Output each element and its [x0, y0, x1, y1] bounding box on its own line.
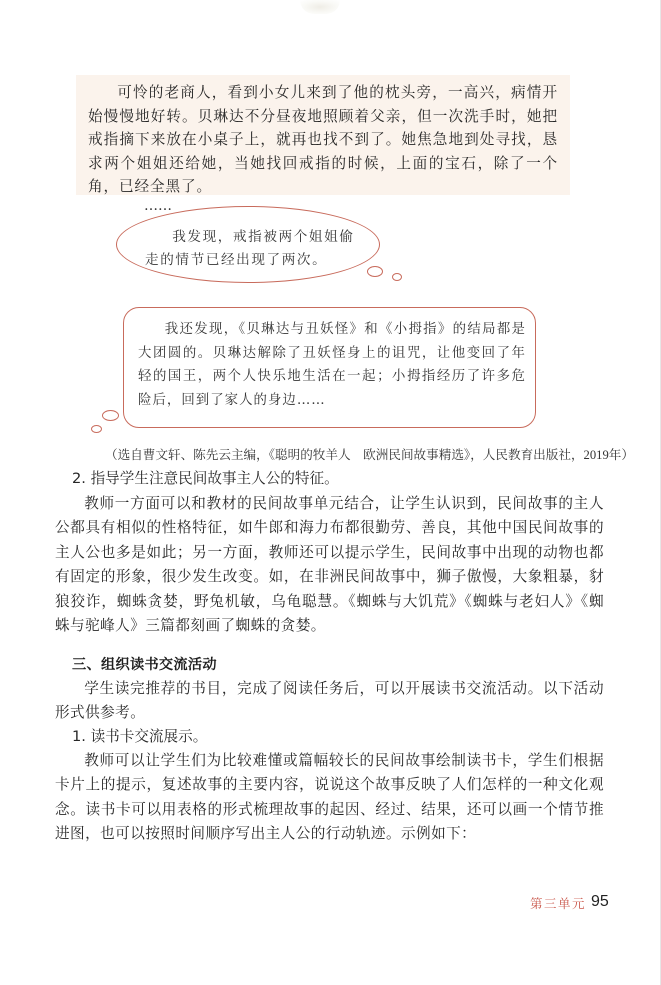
footer-unit-label: 第三单元	[530, 896, 586, 912]
page-number: 95	[591, 892, 609, 912]
thought-dot-large	[367, 266, 383, 277]
thought-dot-small	[392, 273, 402, 281]
section2-paragraph: 教师一方面可以和教材的民间故事单元结合，让学生认识到，民间故事的主人公都具有相似…	[55, 492, 604, 638]
excerpt-paragraph: 可怜的老商人，看到小女儿来到了他的枕头旁，一高兴，病情开始慢慢地好转。贝琳达不分…	[88, 81, 558, 199]
thought-dot-large	[102, 410, 119, 421]
thought-bubble-2-text: 我还发现，《贝琳达与丑妖怪》和《小拇指》的结局都是大团圆的。贝琳达解除了丑妖怪身…	[138, 318, 526, 412]
excerpt-ellipsis: ……	[88, 199, 558, 213]
section3-heading: 三、组织读书交流活动	[72, 654, 217, 676]
source-caption: （选自曹文轩、陈先云主编，《聪明的牧羊人 欧洲民间故事精选》，人民教育出版社，2…	[105, 446, 634, 464]
item1-paragraph: 教师可以让学生们为比较难懂或篇幅较长的民间故事绘制读书卡，学生们根据卡片上的提示…	[55, 749, 604, 847]
item1-title: 1. 读书卡交流展示。	[72, 725, 207, 749]
section2-title: 2. 指导学生注意民间故事主人公的特征。	[72, 467, 339, 491]
section3-intro: 学生读完推荐的书目，完成了阅读任务后，可以开展读书交流活动。以下活动形式供参考。	[55, 677, 604, 726]
scan-smudge	[300, 0, 340, 14]
thought-dot-small	[91, 425, 102, 433]
thought-bubble-1-text: 我发现，戒指被两个姐姐偷走的情节已经出现了两次。	[145, 226, 360, 272]
story-excerpt-box: 可怜的老商人，看到小女儿来到了他的枕头旁，一高兴，病情开始慢慢地好转。贝琳达不分…	[76, 75, 570, 195]
